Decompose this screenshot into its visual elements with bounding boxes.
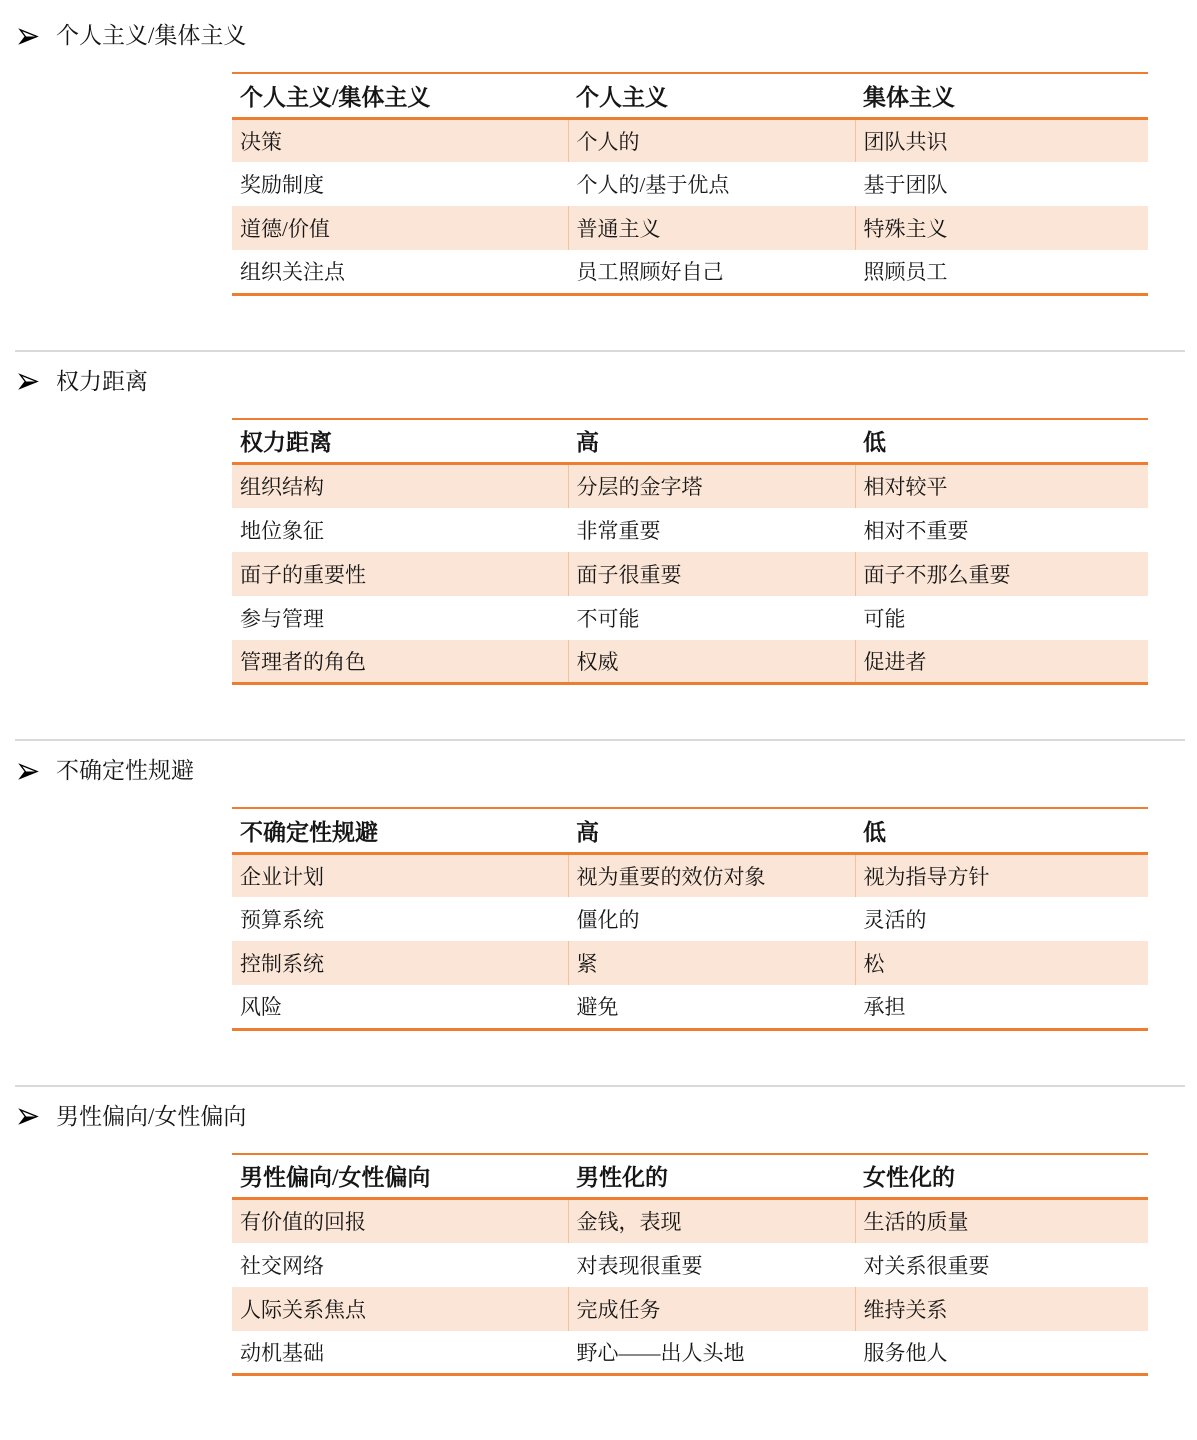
column-header: 低 <box>855 419 1148 464</box>
table-cell: 面子不那么重要 <box>855 552 1148 596</box>
table-cell: 服务他人 <box>855 1331 1148 1375</box>
table-row: 人际关系焦点完成任务维持关系 <box>232 1287 1148 1331</box>
column-header: 男性化的 <box>568 1154 855 1199</box>
table-cell: 组织关注点 <box>232 250 568 294</box>
table-cell: 人际关系焦点 <box>232 1287 568 1331</box>
table-row: 有价值的回报金钱，表现生活的质量 <box>232 1199 1148 1243</box>
section: 男性偏向/女性偏向 男性偏向/女性偏向男性化的女性化的 有价值的回报金钱，表现生… <box>0 1101 1197 1377</box>
table-cell: 参与管理 <box>232 596 568 640</box>
section-separator <box>15 350 1185 352</box>
table-cell: 视为指导方针 <box>855 853 1148 897</box>
table-cell: 道德/价值 <box>232 206 568 250</box>
table-cell: 僵化的 <box>568 897 855 941</box>
column-header: 女性化的 <box>855 1154 1148 1199</box>
table-cell: 紧 <box>568 941 855 985</box>
column-header: 不确定性规避 <box>232 808 568 853</box>
table-row: 道德/价值普通主义特殊主义 <box>232 206 1148 250</box>
table-cell: 预算系统 <box>232 897 568 941</box>
comparison-table: 个人主义/集体主义个人主义集体主义 决策个人的团队共识奖励制度个人的/基于优点基… <box>232 72 1148 296</box>
table-header-row: 个人主义/集体主义个人主义集体主义 <box>232 73 1148 118</box>
column-header: 低 <box>855 808 1148 853</box>
arrow-bullet-icon <box>18 373 39 390</box>
column-header: 个人主义/集体主义 <box>232 73 568 118</box>
section-separator <box>15 1085 1185 1087</box>
table-row: 组织关注点员工照顾好自己照顾员工 <box>232 250 1148 294</box>
section-heading-text: 男性偏向/女性偏向 <box>56 1101 246 1133</box>
table-cell: 视为重要的效仿对象 <box>568 853 855 897</box>
table-cell: 金钱，表现 <box>568 1199 855 1243</box>
table-row: 控制系统紧松 <box>232 941 1148 985</box>
table-cell: 权威 <box>568 640 855 684</box>
table-cell: 分层的金字塔 <box>568 464 855 508</box>
table-cell: 松 <box>855 941 1148 985</box>
table-cell: 个人的 <box>568 118 855 162</box>
section: 权力距离 权力距离高低 组织结构分层的金字塔相对较平地位象征非常重要相对不重要面… <box>0 366 1197 686</box>
table-cell: 有价值的回报 <box>232 1199 568 1243</box>
table-cell: 可能 <box>855 596 1148 640</box>
table-cell: 个人的/基于优点 <box>568 162 855 206</box>
table-row: 奖励制度个人的/基于优点基于团队 <box>232 162 1148 206</box>
table-cell: 对表现很重要 <box>568 1243 855 1287</box>
table-header-row: 不确定性规避高低 <box>232 808 1148 853</box>
table-cell: 非常重要 <box>568 508 855 552</box>
table-cell: 员工照顾好自己 <box>568 250 855 294</box>
table-cell: 避免 <box>568 985 855 1029</box>
table-cell: 控制系统 <box>232 941 568 985</box>
section-heading: 男性偏向/女性偏向 <box>0 1101 1197 1133</box>
comparison-table: 不确定性规避高低 企业计划视为重要的效仿对象视为指导方针预算系统僵化的灵活的控制… <box>232 807 1148 1031</box>
arrow-bullet-icon <box>18 1108 39 1125</box>
section: 不确定性规避 不确定性规避高低 企业计划视为重要的效仿对象视为指导方针预算系统僵… <box>0 755 1197 1031</box>
table-body: 组织结构分层的金字塔相对较平地位象征非常重要相对不重要面子的重要性面子很重要面子… <box>232 464 1148 684</box>
table-cell: 基于团队 <box>855 162 1148 206</box>
table-cell: 促进者 <box>855 640 1148 684</box>
column-header: 高 <box>568 419 855 464</box>
table-row: 风险避免承担 <box>232 985 1148 1029</box>
section-heading: 不确定性规避 <box>0 755 1197 787</box>
section-heading-text: 权力距离 <box>56 366 148 398</box>
arrow-bullet-icon <box>18 28 39 45</box>
table-cell: 面子很重要 <box>568 552 855 596</box>
table-row: 预算系统僵化的灵活的 <box>232 897 1148 941</box>
table-body: 决策个人的团队共识奖励制度个人的/基于优点基于团队道德/价值普通主义特殊主义组织… <box>232 118 1148 294</box>
table-body: 企业计划视为重要的效仿对象视为指导方针预算系统僵化的灵活的控制系统紧松风险避免承… <box>232 853 1148 1029</box>
table-cell: 管理者的角色 <box>232 640 568 684</box>
table-cell: 承担 <box>855 985 1148 1029</box>
table-cell: 相对不重要 <box>855 508 1148 552</box>
comparison-table: 男性偏向/女性偏向男性化的女性化的 有价值的回报金钱，表现生活的质量社交网络对表… <box>232 1153 1148 1377</box>
column-header: 高 <box>568 808 855 853</box>
document-page: 个人主义/集体主义 个人主义/集体主义个人主义集体主义 决策个人的团队共识奖励制… <box>0 0 1197 1376</box>
table-cell: 决策 <box>232 118 568 162</box>
table-row: 地位象征非常重要相对不重要 <box>232 508 1148 552</box>
table-cell: 野心——出人头地 <box>568 1331 855 1375</box>
table-header-row: 权力距离高低 <box>232 419 1148 464</box>
table-cell: 对关系很重要 <box>855 1243 1148 1287</box>
table-cell: 普通主义 <box>568 206 855 250</box>
section-heading-text: 个人主义/集体主义 <box>56 20 246 52</box>
table-cell: 地位象征 <box>232 508 568 552</box>
table-row: 决策个人的团队共识 <box>232 118 1148 162</box>
section-separator <box>15 739 1185 741</box>
table-cell: 动机基础 <box>232 1331 568 1375</box>
column-header: 男性偏向/女性偏向 <box>232 1154 568 1199</box>
section-heading: 权力距离 <box>0 366 1197 398</box>
table-header-row: 男性偏向/女性偏向男性化的女性化的 <box>232 1154 1148 1199</box>
column-header: 个人主义 <box>568 73 855 118</box>
comparison-table: 权力距离高低 组织结构分层的金字塔相对较平地位象征非常重要相对不重要面子的重要性… <box>232 418 1148 686</box>
table-cell: 奖励制度 <box>232 162 568 206</box>
table-cell: 照顾员工 <box>855 250 1148 294</box>
table-row: 社交网络对表现很重要对关系很重要 <box>232 1243 1148 1287</box>
table-cell: 风险 <box>232 985 568 1029</box>
table-cell: 组织结构 <box>232 464 568 508</box>
table-cell: 相对较平 <box>855 464 1148 508</box>
table-cell: 特殊主义 <box>855 206 1148 250</box>
table-row: 参与管理不可能可能 <box>232 596 1148 640</box>
table-cell: 团队共识 <box>855 118 1148 162</box>
section-heading: 个人主义/集体主义 <box>0 20 1197 52</box>
table-cell: 灵活的 <box>855 897 1148 941</box>
table-row: 动机基础野心——出人头地服务他人 <box>232 1331 1148 1375</box>
table-cell: 面子的重要性 <box>232 552 568 596</box>
table-cell: 完成任务 <box>568 1287 855 1331</box>
table-cell: 不可能 <box>568 596 855 640</box>
table-row: 企业计划视为重要的效仿对象视为指导方针 <box>232 853 1148 897</box>
table-row: 面子的重要性面子很重要面子不那么重要 <box>232 552 1148 596</box>
section-heading-text: 不确定性规避 <box>56 755 194 787</box>
column-header: 集体主义 <box>855 73 1148 118</box>
table-body: 有价值的回报金钱，表现生活的质量社交网络对表现很重要对关系很重要人际关系焦点完成… <box>232 1199 1148 1375</box>
table-cell: 企业计划 <box>232 853 568 897</box>
section: 个人主义/集体主义 个人主义/集体主义个人主义集体主义 决策个人的团队共识奖励制… <box>0 20 1197 296</box>
table-row: 管理者的角色权威促进者 <box>232 640 1148 684</box>
arrow-bullet-icon <box>18 763 39 780</box>
table-row: 组织结构分层的金字塔相对较平 <box>232 464 1148 508</box>
table-cell: 维持关系 <box>855 1287 1148 1331</box>
table-cell: 生活的质量 <box>855 1199 1148 1243</box>
table-cell: 社交网络 <box>232 1243 568 1287</box>
column-header: 权力距离 <box>232 419 568 464</box>
